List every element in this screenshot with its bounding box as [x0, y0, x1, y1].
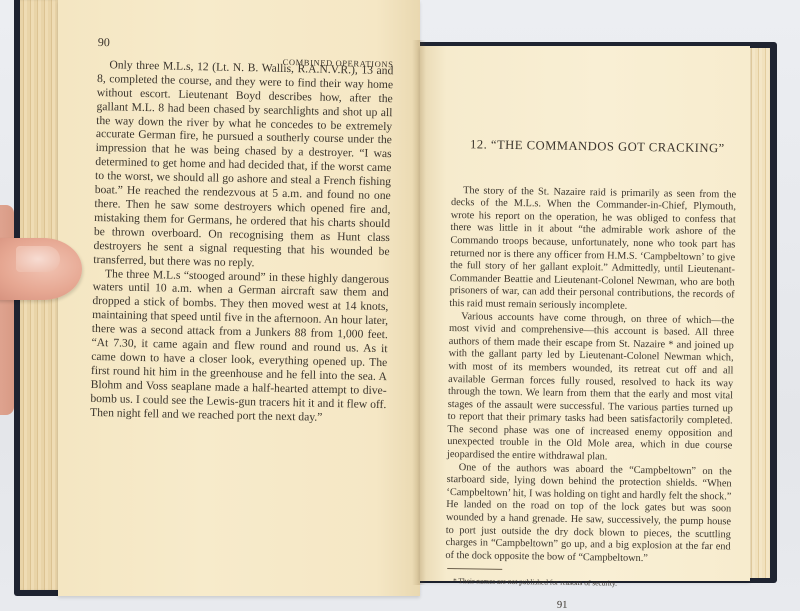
page-edges-right [748, 48, 770, 578]
footnote: * Their names are not published for reas… [445, 575, 730, 592]
paragraph: The three M.L.s “stooged around” in thes… [90, 266, 389, 425]
footnote-rule [447, 568, 502, 570]
chapter-title: 12. “THE COMMANDOS GOT CRACKING” [458, 138, 737, 155]
left-page-text: 90 Combined Operations Only three M.L.s,… [90, 36, 394, 426]
paragraph: Only three M.L.s, 12 (Lt. N. B. Wallis, … [93, 58, 393, 273]
paragraph: One of the authors was aboard the “Campb… [445, 462, 732, 567]
paragraph: The story of the St. Nazaire raid is pri… [449, 185, 736, 315]
right-page-text: 12. “THE COMMANDOS GOT CRACKING” The sto… [445, 138, 737, 611]
thumbnail [16, 246, 60, 272]
paragraph: Various accounts have come through, on t… [447, 311, 734, 467]
page-number-right: 91 [395, 597, 730, 611]
running-head: Combined Operations [283, 56, 394, 72]
hand-palm [0, 205, 14, 415]
book-gutter [412, 40, 426, 585]
